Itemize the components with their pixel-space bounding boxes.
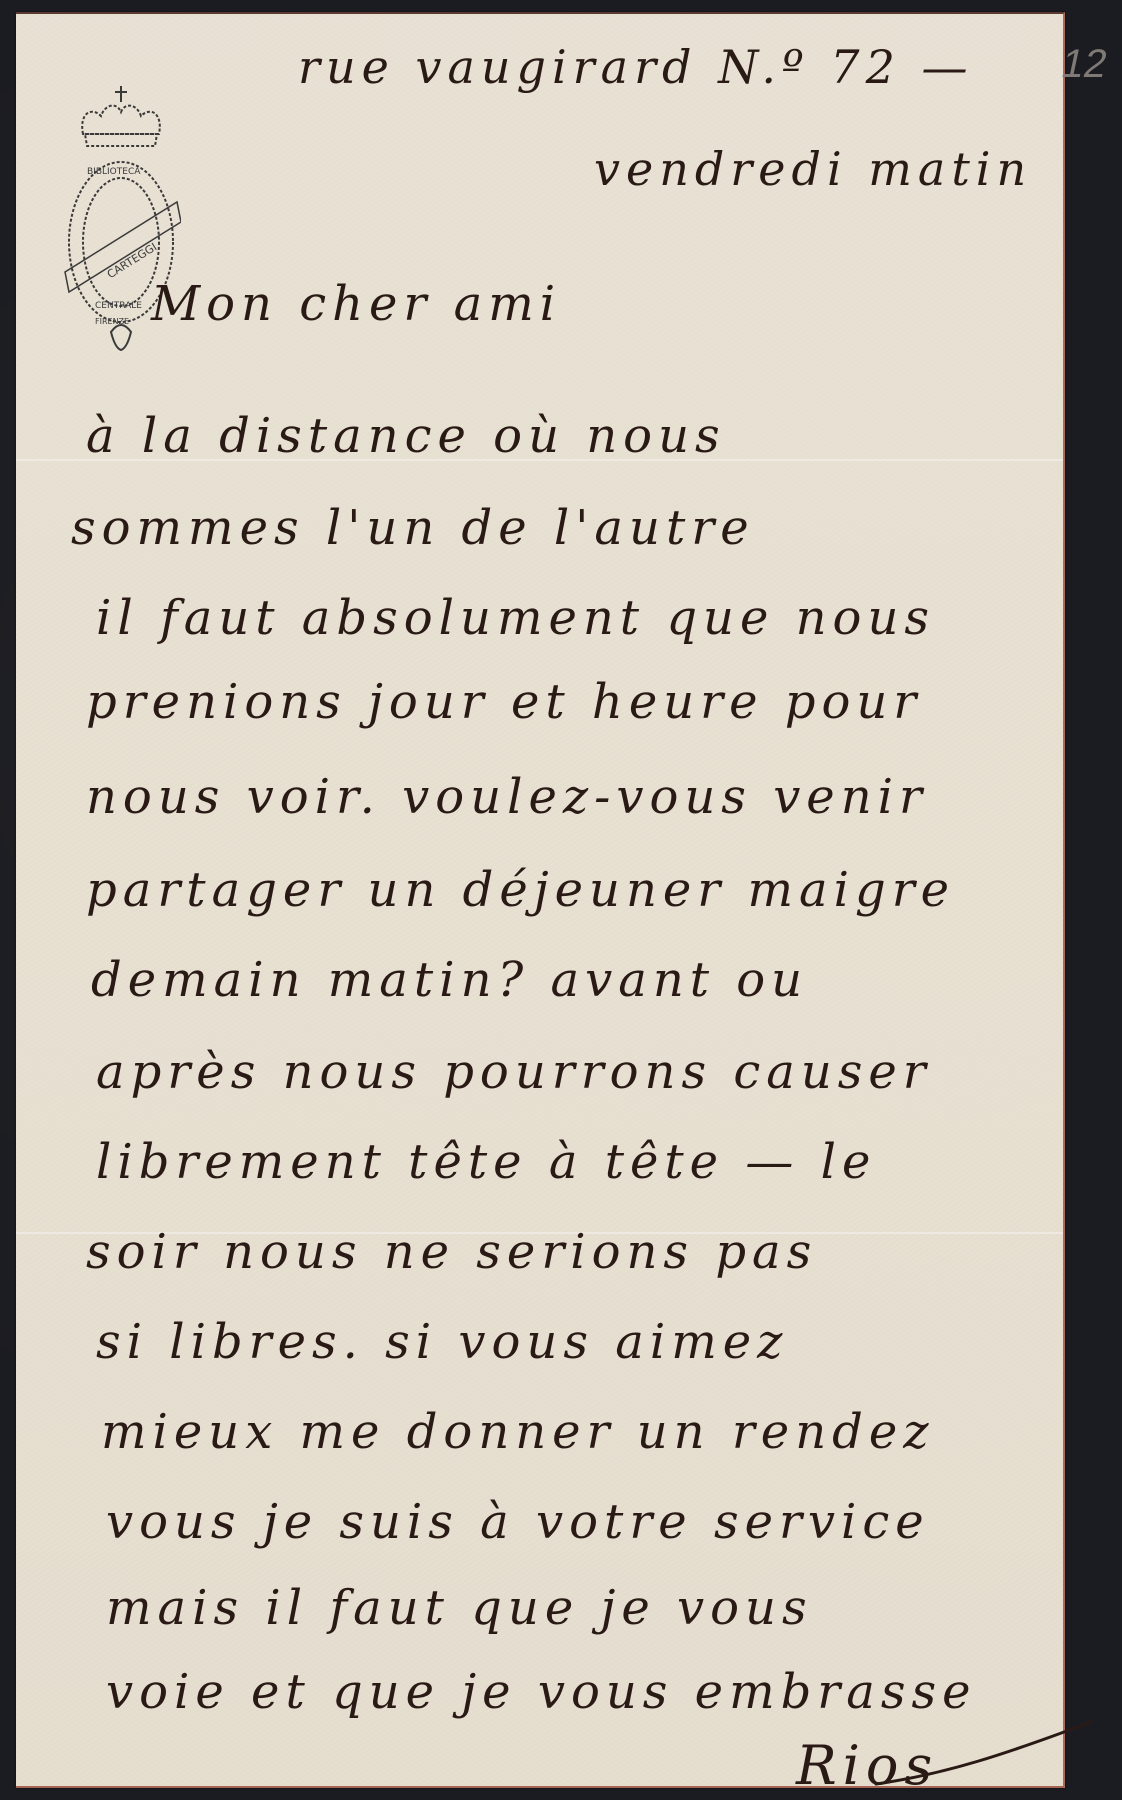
scanned-letter-page: 12 BIBLIOTECA bbox=[0, 0, 1122, 1800]
letter-line: vous je suis à votre service bbox=[106, 1494, 930, 1550]
letter-line: demain matin? avant ou bbox=[91, 952, 808, 1008]
letter-line: librement tête à tête — le bbox=[96, 1134, 876, 1190]
letter-line: à la distance où nous bbox=[86, 408, 726, 464]
letter-line: mais il faut que je vous bbox=[106, 1580, 813, 1636]
letter-line: mieux me donner un rendez bbox=[101, 1404, 935, 1460]
letter-line: soir nous ne serions pas bbox=[86, 1224, 817, 1280]
folio-number: 12 bbox=[1057, 42, 1111, 87]
letter-paper: 12 BIBLIOTECA bbox=[16, 12, 1065, 1788]
header-date: vendredi matin bbox=[594, 142, 1032, 196]
signature-flourish-icon bbox=[806, 1714, 1106, 1794]
letter-line: partager un déjeuner maigre bbox=[86, 862, 955, 918]
letter-line: il faut absolument que nous bbox=[96, 590, 935, 646]
header-address: rue vaugirard N.º 72 — bbox=[298, 40, 973, 94]
stamp-top-text: BIBLIOTECA bbox=[87, 167, 141, 177]
letter-line: voie et que je vous embrasse bbox=[106, 1664, 977, 1720]
stamp-city-text: FIRENZE bbox=[95, 317, 129, 326]
letter-line: nous voir. voulez-vous venir bbox=[86, 769, 928, 825]
stamp-bottom-text: CENTRALE bbox=[95, 301, 142, 311]
letter-line: si libres. si vous aimez bbox=[96, 1314, 788, 1370]
letter-line: prenions jour et heure pour bbox=[86, 674, 922, 730]
letter-line: après nous pourrons causer bbox=[96, 1044, 932, 1100]
salutation: Mon cher ami bbox=[151, 276, 561, 332]
letter-line: sommes l'un de l'autre bbox=[71, 500, 755, 556]
